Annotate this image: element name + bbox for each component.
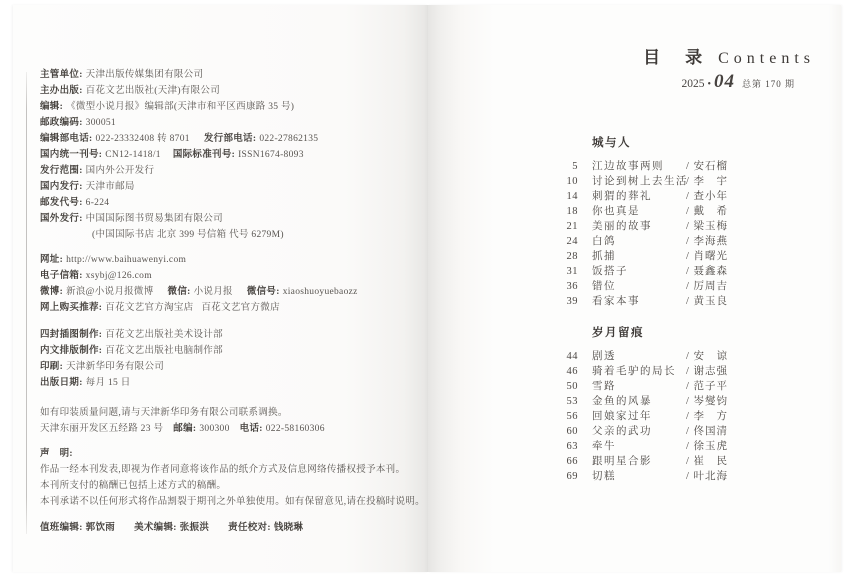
toc-entry-title: 牵牛 (592, 439, 616, 454)
colophon-value: 本刊承诺不以任何形式将作品割裂于期刊之外单独使用。如有保留意见,请在投稿时说明。 (40, 497, 425, 507)
colophon-label: 邮政编码: (40, 118, 83, 128)
colophon-line: 邮政编码:300051 (40, 115, 412, 131)
toc-entry-author: / 安 谅 (686, 349, 728, 364)
toc-entry-author: / 梁玉梅 (686, 219, 728, 234)
toc-entry-row: 50雪路/ 范子平 (428, 379, 841, 394)
right-page-toc: 目 录Contents 2025•04总第 170 期 城与人5江边故事两则/ … (428, 5, 841, 572)
toc-entry-page-number: 39 (538, 294, 578, 309)
colophon-value: 新浪@小说月报微博 (66, 287, 153, 297)
colophon-value: 小说月报 (194, 287, 233, 297)
toc-issue-note: 总第 170 期 (742, 79, 795, 89)
toc-entry-row: 39看家本事/ 黄玉良 (428, 294, 841, 309)
toc-issue-number: 04 (714, 71, 735, 92)
colophon-line: 邮发代号:6-224 (40, 195, 412, 211)
colophon-label: 美术编辑: (134, 523, 177, 533)
toc-entry-author: / 查小年 (686, 189, 728, 204)
colophon-spacer (40, 316, 412, 327)
book-spread: 主管单位:天津出版传媒集团有限公司主办出版:百花文艺出版社(天津)有限公司编辑:… (0, 0, 850, 578)
colophon-value: 本刊所支付的稿酬已包括上述方式的稿酬。 (40, 481, 226, 491)
colophon-line: 主办出版:百花文艺出版社(天津)有限公司 (40, 83, 412, 99)
toc-entry-row: 14刺猬的葬礼/ 查小年 (428, 189, 841, 204)
toc-entry-page-number: 44 (538, 349, 578, 364)
colophon-value: 天津东丽开发区五经路 23 号 (40, 424, 163, 434)
colophon-line: 内文排版制作:百花文艺出版社电脑制作部 (40, 343, 412, 359)
colophon-label: 主管单位: (40, 70, 83, 80)
toc-entry-page-number: 36 (538, 279, 578, 294)
toc-entry-author: / 徐玉虎 (686, 439, 728, 454)
toc-entry-page-number: 63 (538, 439, 578, 454)
toc-entry-title: 金鱼的风暴 (592, 394, 652, 409)
toc-title-cn: 目 录 (643, 48, 706, 67)
colophon-value: (中国国际书店 北京 399 号信箱 代号 6279M) (92, 230, 284, 240)
colophon-label: 张振洪 (180, 523, 209, 533)
colophon-value: 百花文艺出版社(天津)有限公司 (86, 86, 220, 96)
colophon-value: 022-27862135 (259, 134, 318, 144)
colophon-label: 国际标准刊号: (173, 150, 235, 160)
toc-entry-page-number: 50 (538, 379, 578, 394)
toc-entry-page-number: 10 (538, 174, 578, 189)
toc-entry-title: 刺猬的葬礼 (592, 189, 652, 204)
colophon-value: xiaoshuoyuebaozz (283, 287, 358, 297)
toc-entry-page-number: 66 (538, 454, 578, 469)
toc-entry-row: 5江边故事两则/ 安石榴 (428, 159, 841, 174)
toc-entry-author: / 李 宇 (686, 174, 728, 189)
colophon-line: 国内发行:天津市邮局 (40, 179, 412, 195)
toc-entry-title: 剧透 (592, 349, 616, 364)
toc-entry-author: / 范子平 (686, 379, 728, 394)
toc-entry-row: 56回娘家过年/ 李 方 (428, 409, 841, 424)
colophon-label: 微信号: (247, 287, 280, 297)
colophon-line: 主管单位:天津出版传媒集团有限公司 (40, 67, 412, 83)
toc-title-en: Contents (718, 50, 815, 67)
toc-entry-title: 看家本事 (592, 294, 640, 309)
colophon-spacer (40, 391, 412, 405)
toc-entry-title: 美丽的故事 (592, 219, 652, 234)
colophon-line: 发行范围:国内外公开发行 (40, 163, 412, 179)
toc-entry-page-number: 5 (538, 159, 578, 174)
colophon-line: 微博:新浪@小说月报微博微信:小说月报微信号:xiaoshuoyuebaozz (40, 284, 412, 300)
colophon-label: 值班编辑: (40, 523, 83, 533)
toc-entry-title: 饭搭子 (592, 264, 628, 279)
colophon-spacer (40, 437, 412, 446)
colophon-line: 天津东丽开发区五经路 23 号邮编:300300电话:022-58160306 (40, 421, 412, 437)
colophon-label: 四封插图制作: (40, 330, 102, 340)
toc-entry-author: / 安石榴 (686, 159, 728, 174)
toc-entry-author: / 厉周吉 (686, 279, 728, 294)
colophon-line: 印刷:天津新华印务有限公司 (40, 359, 412, 375)
colophon-label: 声 明: (40, 449, 73, 459)
toc-entry-author: / 李海燕 (686, 234, 728, 249)
toc-entry-author: / 谢志强 (686, 364, 728, 379)
toc-entry-author: / 叶北海 (686, 469, 728, 484)
colophon-label: 微博: (40, 287, 63, 297)
colophon-spacer (40, 510, 412, 520)
colophon-value: 《微型小说月报》编辑部(天津市和平区西康路 35 号) (66, 102, 294, 112)
toc-entry-row: 69切糕/ 叶北海 (428, 469, 841, 484)
colophon-line: 声 明: (40, 446, 412, 462)
colophon-label: 发行范围: (40, 166, 83, 176)
colophon-label: 责任校对: (228, 523, 271, 533)
colophon-line: 国外发行:中国国际图书贸易集团有限公司 (40, 211, 412, 227)
toc-entry-title: 骑着毛驴的局长 (592, 364, 676, 379)
toc-entry-author: / 佟国清 (686, 424, 728, 439)
colophon-line: 四封插图制作:百花文艺出版社美术设计部 (40, 327, 412, 343)
colophon-value: 天津新华印务有限公司 (66, 362, 164, 372)
toc-entry-row: 63牵牛/ 徐玉虎 (428, 439, 841, 454)
colophon-value: 天津市邮局 (86, 182, 135, 192)
colophon-value: 百花文艺官方微店 (201, 303, 279, 313)
colophon-label: 内文排版制作: (40, 346, 102, 356)
colophon-value: 中国国际图书贸易集团有限公司 (86, 214, 223, 224)
colophon-line: 网上购买推荐:百花文艺官方淘宝店百花文艺官方微店 (40, 300, 412, 316)
colophon-label: 郭饮雨 (86, 523, 115, 533)
colophon-line: 本刊所支付的稿酬已包括上述方式的稿酬。 (40, 478, 412, 494)
toc-entry-row: 18你也真是/ 戴 希 (428, 204, 841, 219)
toc-entry-row: 24白鸽/ 李海燕 (428, 234, 841, 249)
colophon-line: (中国国际书店 北京 399 号信箱 代号 6279M) (40, 227, 412, 243)
toc-entry-title: 错位 (592, 279, 616, 294)
toc-entry-row: 46骑着毛驴的局长/ 谢志强 (428, 364, 841, 379)
toc-entry-page-number: 56 (538, 409, 578, 424)
colophon-value: http://www.baihuawenyi.com (66, 255, 186, 265)
colophon-line: 编辑部电话:022-23332408 转 8701发行部电话:022-27862… (40, 131, 412, 147)
toc-entry-row: 10讨论到树上去生活/ 李 宇 (428, 174, 841, 189)
colophon-value: CN12-1418/1 (105, 150, 161, 160)
colophon-line: 电子信箱:xsybj@126.com (40, 268, 412, 284)
toc-title: 目 录Contents (428, 43, 841, 68)
colophon-value: 国内外公开发行 (86, 166, 155, 176)
toc-entry-page-number: 31 (538, 264, 578, 279)
toc-header: 目 录Contents 2025•04总第 170 期 (428, 43, 841, 93)
colophon-label: 网上购买推荐: (40, 303, 102, 313)
toc-entry-author: / 肖曙光 (686, 249, 728, 264)
toc-entry-row: 28抓捕/ 肖曙光 (428, 249, 841, 264)
colophon-label: 国外发行: (40, 214, 83, 224)
toc-entry-title: 白鸽 (592, 234, 616, 249)
toc-entry-row: 53金鱼的风暴/ 岑燮钧 (428, 394, 841, 409)
toc-entry-page-number: 69 (538, 469, 578, 484)
toc-entry-author: / 戴 希 (686, 204, 728, 219)
toc-entry-row: 31饭搭子/ 聂鑫森 (428, 264, 841, 279)
toc-entry-title: 回娘家过年 (592, 409, 652, 424)
colophon-label: 邮发代号: (40, 198, 83, 208)
colophon-value: 天津出版传媒集团有限公司 (86, 70, 204, 80)
colophon-label: 国内发行: (40, 182, 83, 192)
toc-entry-title: 切糕 (592, 469, 616, 484)
toc-entry-title: 江边故事两则 (592, 159, 664, 174)
colophon-label: 电子信箱: (40, 271, 83, 281)
toc-entry-row: 66跟明星合影/ 崔 民 (428, 454, 841, 469)
toc-year: 2025 (681, 78, 704, 90)
toc-entry-page-number: 46 (538, 364, 578, 379)
colophon-label: 印刷: (40, 362, 63, 372)
toc-entry-author: / 聂鑫森 (686, 264, 728, 279)
colophon-label: 网址: (40, 255, 63, 265)
colophon-value: ISSN1674-8093 (238, 150, 304, 160)
colophon-value: 百花文艺出版社电脑制作部 (105, 346, 223, 356)
colophon-label: 微信: (168, 287, 191, 297)
toc-entry-page-number: 14 (538, 189, 578, 204)
colophon-line: 出版日期:每月 15 日 (40, 375, 412, 391)
toc-issue-line: 2025•04总第 170 期 (428, 71, 841, 93)
toc-entry-page-number: 28 (538, 249, 578, 264)
colophon-value: 百花文艺官方淘宝店 (105, 303, 193, 313)
colophon-block: 主管单位:天津出版传媒集团有限公司主办出版:百花文艺出版社(天津)有限公司编辑:… (40, 67, 412, 536)
toc-entry-page-number: 24 (538, 234, 578, 249)
toc-body: 城与人5江边故事两则/ 安石榴10讨论到树上去生活/ 李 宇14刺猬的葬礼/ 查… (428, 136, 841, 501)
colophon-label: 钱晓琳 (274, 523, 303, 533)
toc-entry-page-number: 53 (538, 394, 578, 409)
colophon-value: 022-58160306 (266, 424, 325, 434)
colophon-label: 国内统一刊号: (40, 150, 102, 160)
page-crease-line (26, 72, 27, 534)
toc-entry-title: 父亲的武功 (592, 424, 652, 439)
toc-entry-page-number: 60 (538, 424, 578, 439)
colophon-label: 发行部电话: (204, 134, 256, 144)
toc-entry-row: 44剧透/ 安 谅 (428, 349, 841, 364)
toc-entry-author: / 黄玉良 (686, 294, 728, 309)
colophon-value: 6-224 (86, 198, 110, 208)
colophon-value: 如有印装质量问题,请与天津新华印务有限公司联系调换。 (40, 408, 288, 418)
colophon-value: 作品一经本刊发表,即视为作者同意将该作品的纸介方式及信息网络传播权授予本刊。 (40, 465, 405, 475)
toc-section-heading: 岁月留痕 (592, 326, 841, 340)
colophon-spacer (40, 243, 412, 252)
toc-entry-title: 跟明星合影 (592, 454, 652, 469)
toc-issue-separator: • (707, 79, 711, 90)
left-page-colophon: 主管单位:天津出版传媒集团有限公司主办出版:百花文艺出版社(天津)有限公司编辑:… (13, 5, 428, 572)
toc-section-heading: 城与人 (592, 136, 841, 150)
colophon-line: 编辑:《微型小说月报》编辑部(天津市和平区西康路 35 号) (40, 99, 412, 115)
toc-entry-title: 抓捕 (592, 249, 616, 264)
colophon-label: 出版日期: (40, 378, 83, 388)
toc-entry-author: / 岑燮钧 (686, 394, 728, 409)
colophon-line: 如有印装质量问题,请与天津新华印务有限公司联系调换。 (40, 405, 412, 421)
colophon-value: xsybj@126.com (86, 271, 152, 281)
colophon-line: 国内统一刊号:CN12-1418/1国际标准刊号:ISSN1674-8093 (40, 147, 412, 163)
toc-entry-row: 21美丽的故事/ 梁玉梅 (428, 219, 841, 234)
toc-section: 岁月留痕44剧透/ 安 谅46骑着毛驴的局长/ 谢志强50雪路/ 范子平53金鱼… (428, 326, 841, 484)
colophon-value: 300051 (86, 118, 116, 128)
colophon-value: 300300 (199, 424, 229, 434)
toc-section: 城与人5江边故事两则/ 安石榴10讨论到树上去生活/ 李 宇14刺猬的葬礼/ 查… (428, 136, 841, 309)
toc-entry-row: 36错位/ 厉周吉 (428, 279, 841, 294)
colophon-value: 每月 15 日 (86, 378, 131, 388)
toc-entry-author: / 李 方 (686, 409, 728, 424)
toc-entry-page-number: 18 (538, 204, 578, 219)
colophon-value: 022-23332408 转 8701 (95, 134, 189, 144)
colophon-label: 编辑: (40, 102, 63, 112)
colophon-line: 网址:http://www.baihuawenyi.com (40, 252, 412, 268)
colophon-label: 电话: (240, 424, 263, 434)
toc-entry-title: 你也真是 (592, 204, 640, 219)
colophon-label: 邮编: (173, 424, 196, 434)
toc-entry-title: 雪路 (592, 379, 616, 394)
colophon-label: 主办出版: (40, 86, 83, 96)
colophon-value: 百花文艺出版社美术设计部 (105, 330, 223, 340)
toc-entry-title: 讨论到树上去生活 (592, 174, 688, 189)
colophon-line: 值班编辑:郭饮雨美术编辑:张振洪责任校对:钱晓琳 (40, 520, 412, 536)
toc-entry-page-number: 21 (538, 219, 578, 234)
toc-entry-row: 60父亲的武功/ 佟国清 (428, 424, 841, 439)
colophon-line: 本刊承诺不以任何形式将作品割裂于期刊之外单独使用。如有保留意见,请在投稿时说明。 (40, 494, 412, 510)
colophon-line: 作品一经本刊发表,即视为作者同意将该作品的纸介方式及信息网络传播权授予本刊。 (40, 462, 412, 478)
colophon-label: 编辑部电话: (40, 134, 92, 144)
toc-entry-author: / 崔 民 (686, 454, 728, 469)
